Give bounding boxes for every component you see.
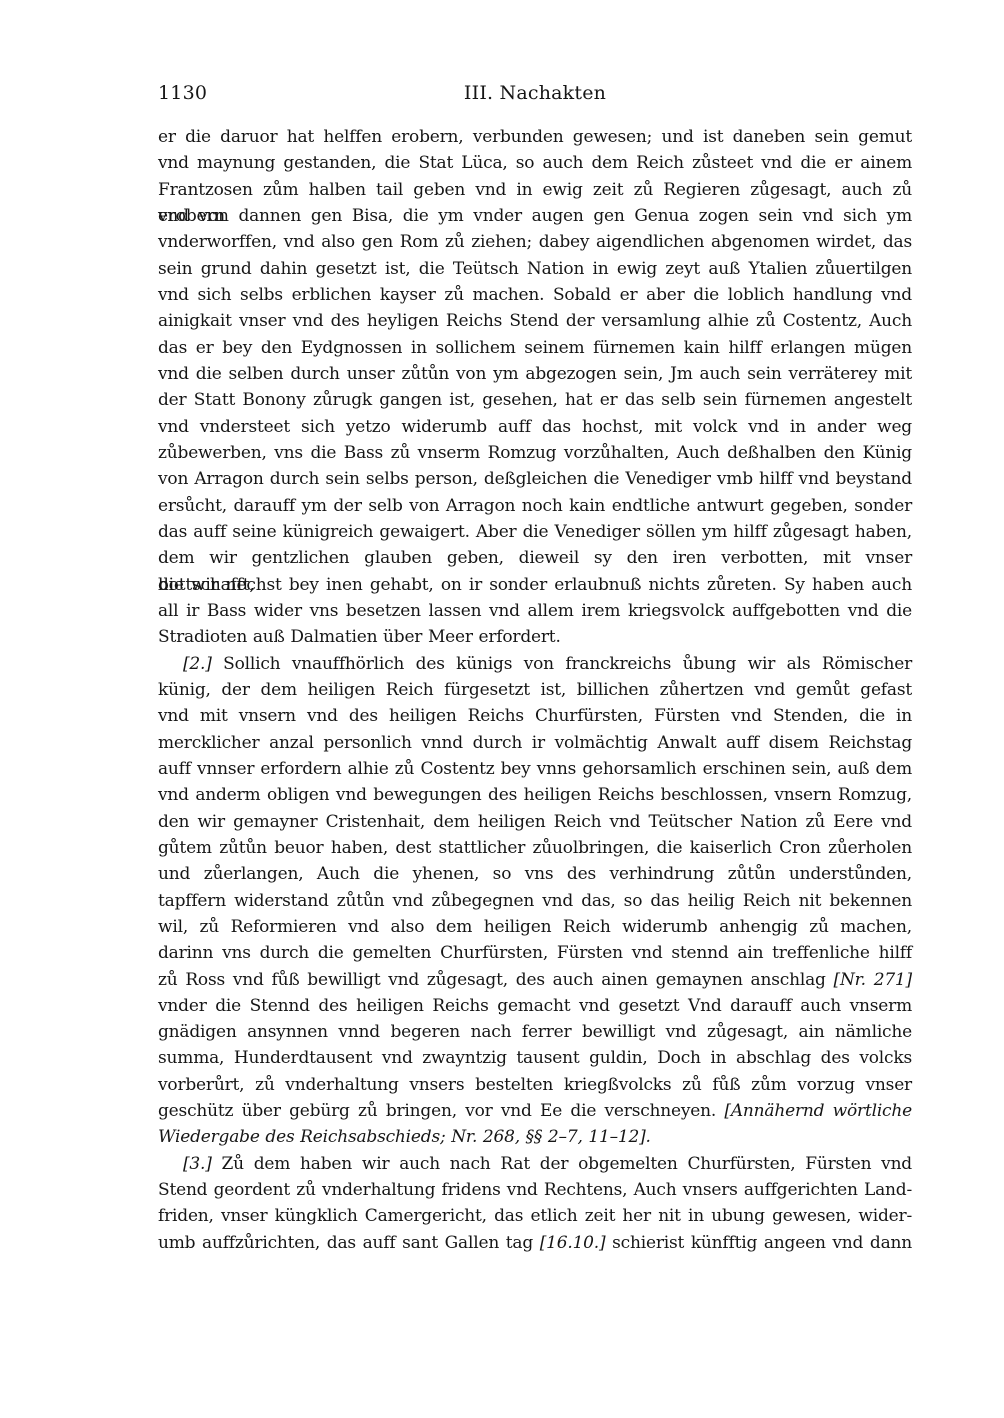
body-text: umb auffzůrichten, das auff sant Gallen … — [158, 1233, 540, 1253]
body-text: auff vnnser erfordern alhie zů Costentz … — [158, 759, 912, 779]
text-line: zůbewerben, vns die Bass zů vnserm Romzu… — [158, 440, 912, 466]
running-head: III. Nachakten — [158, 80, 912, 106]
body-text: zůbewerben, vns die Bass zů vnserm Romzu… — [158, 443, 912, 463]
body-text: tapffern widerstand zůtůn vnd zůbegegnen… — [158, 891, 912, 911]
body-text: ersůcht, darauff ym der selb von Arragon… — [158, 496, 912, 516]
text-line: Wiedergabe des Reichsabschieds; Nr. 268,… — [158, 1124, 912, 1150]
text-line: künig, der dem heiligen Reich fürgesetzt… — [158, 677, 912, 703]
body-text: und zůerlangen, Auch die yhenen, so vns … — [158, 864, 912, 884]
body-text: gnädigen ansynnen vnnd begeren nach ferr… — [158, 1022, 912, 1042]
text-line: gnädigen ansynnen vnnd begeren nach ferr… — [158, 1019, 912, 1045]
text-line: Stradioten auß Dalmatien über Meer erfor… — [158, 624, 912, 650]
body-text: vnd die selben durch unser zůtůn von ym … — [158, 364, 912, 384]
text-line: vnd sich selbs erblichen kayser zů mache… — [158, 282, 912, 308]
italic-text: Wiedergabe des Reichsabschieds; Nr. 268,… — [158, 1127, 651, 1147]
text-line: zů Ross vnd fůß bewilligt vnd zůgesagt, … — [158, 967, 912, 993]
body-text: er die daruor hat helffen erobern, verbu… — [158, 127, 912, 147]
text-line: vnd von dannen gen Bisa, die ym vnder au… — [158, 203, 912, 229]
body-text: summa, Hunderdtausent vnd zwayntzig taus… — [158, 1048, 912, 1068]
body-text: darinn vns durch die gemelten Churfürste… — [158, 943, 912, 963]
text-line: und zůerlangen, Auch die yhenen, so vns … — [158, 861, 912, 887]
body-text: schierist künfftig angeen vnd dann — [605, 1233, 912, 1253]
body-text: vnd anderm obligen vnd bewegungen des he… — [158, 785, 912, 805]
body-text: vnderworffen, vnd also gen Rom zů ziehen… — [158, 232, 912, 252]
body-text: sein grund dahin gesetzt ist, die Teütsc… — [158, 259, 912, 279]
document-page: 1130 III. Nachakten er die daruor hat he… — [0, 0, 1004, 1418]
text-line: den wir gemayner Cristenhait, dem heilig… — [158, 809, 912, 835]
body-text: friden, vnser küngklich Camergericht, da… — [158, 1206, 912, 1226]
text-line: vnd maynung gestanden, die Stat Lüca, so… — [158, 150, 912, 176]
text-line: er die daruor hat helffen erobern, verbu… — [158, 124, 912, 150]
italic-text: [Annähernd wörtliche — [724, 1101, 912, 1121]
body-text: die wir nechst bey inen gehabt, on ir so… — [158, 575, 912, 595]
text-line: vnderworffen, vnd also gen Rom zů ziehen… — [158, 229, 912, 255]
text-line: sein grund dahin gesetzt ist, die Teütsc… — [158, 256, 912, 282]
body-text: vnd vndersteet sich yetzo widerumb auff … — [158, 417, 912, 437]
text-line: wil, zů Reformieren vnd also dem heilige… — [158, 914, 912, 940]
text-line: [3.] Zů dem haben wir auch nach Rat der … — [158, 1151, 912, 1177]
body-text: vnd sich selbs erblichen kayser zů mache… — [158, 285, 912, 305]
body-text: geschütz über gebürg zů bringen, vor vnd… — [158, 1101, 724, 1121]
text-line: umb auffzůrichten, das auff sant Gallen … — [158, 1230, 912, 1256]
body-text: wil, zů Reformieren vnd also dem heilige… — [158, 917, 912, 937]
body-text: von Arragon durch sein selbs person, deß… — [158, 469, 912, 489]
body-text: vnd maynung gestanden, die Stat Lüca, so… — [158, 153, 912, 173]
text-line: vnd vndersteet sich yetzo widerumb auff … — [158, 414, 912, 440]
text-line: vnd mit vnsern vnd des heiligen Reichs C… — [158, 703, 912, 729]
body-text: Stradioten auß Dalmatien über Meer erfor… — [158, 627, 561, 647]
body-text: Zů dem haben wir auch nach Rat der obgem… — [212, 1154, 912, 1174]
body-text: all ir Bass wider vns besetzen lassen vn… — [158, 601, 912, 621]
body-text: ainigkait vnser vnd des heyligen Reichs … — [158, 311, 912, 331]
body-text: zů Ross vnd fůß bewilligt vnd zůgesagt, … — [158, 970, 834, 990]
text-line: dem wir gentzlichen glauben geben, diewe… — [158, 545, 912, 571]
text-line: vorberůrt, zů vnderhaltung vnsers bestel… — [158, 1072, 912, 1098]
text-line: geschütz über gebürg zů bringen, vor vnd… — [158, 1098, 912, 1124]
text-line: von Arragon durch sein selbs person, deß… — [158, 466, 912, 492]
text-line: summa, Hunderdtausent vnd zwayntzig taus… — [158, 1045, 912, 1071]
body-text: künig, der dem heiligen Reich fürgesetzt… — [158, 680, 912, 700]
italic-text: [2.] — [183, 654, 212, 674]
body-text: vnder die Stennd des heiligen Reichs gem… — [158, 996, 912, 1016]
text-line: der Statt Bonony zůrugk gangen ist, gese… — [158, 387, 912, 413]
text-line: das auff seine künigreich gewaigert. Abe… — [158, 519, 912, 545]
text-line: gůtem zůtůn beuor haben, dest stattliche… — [158, 835, 912, 861]
body-text: den wir gemayner Cristenhait, dem heilig… — [158, 812, 912, 832]
italic-text: [3.] — [183, 1154, 212, 1174]
text-line: vnd die selben durch unser zůtůn von ym … — [158, 361, 912, 387]
text-line: das er bey den Eydgnossen in sollichem s… — [158, 335, 912, 361]
italic-text: [16.10.] — [540, 1233, 606, 1253]
text-line: tapffern widerstand zůtůn vnd zůbegegnen… — [158, 888, 912, 914]
text-line: vnder die Stennd des heiligen Reichs gem… — [158, 993, 912, 1019]
body-text: das er bey den Eydgnossen in sollichem s… — [158, 338, 912, 358]
body-text: der Statt Bonony zůrugk gangen ist, gese… — [158, 390, 912, 410]
text-line: Stend geordent zů vnderhaltung fridens v… — [158, 1177, 912, 1203]
page-header: 1130 III. Nachakten — [158, 80, 912, 106]
body-text: vnd von dannen gen Bisa, die ym vnder au… — [158, 206, 912, 226]
italic-text: [Nr. 271] — [834, 970, 912, 990]
body-text: gůtem zůtůn beuor haben, dest stattliche… — [158, 838, 912, 858]
text-line: darinn vns durch die gemelten Churfürste… — [158, 940, 912, 966]
text-line: vnd anderm obligen vnd bewegungen des he… — [158, 782, 912, 808]
text-line: die wir nechst bey inen gehabt, on ir so… — [158, 572, 912, 598]
body-text: das auff seine künigreich gewaigert. Abe… — [158, 522, 912, 542]
body-text: vnd mit vnsern vnd des heiligen Reichs C… — [158, 706, 912, 726]
text-line: auff vnnser erfordern alhie zů Costentz … — [158, 756, 912, 782]
body-text: Sollich vnauffhörlich des künigs von fra… — [212, 654, 912, 674]
text-block: er die daruor hat helffen erobern, verbu… — [158, 124, 912, 1256]
text-line: friden, vnser küngklich Camergericht, da… — [158, 1203, 912, 1229]
text-line: ainigkait vnser vnd des heyligen Reichs … — [158, 308, 912, 334]
body-text: mercklicher anzal personlich vnnd durch … — [158, 733, 912, 753]
body-text: vorberůrt, zů vnderhaltung vnsers bestel… — [158, 1075, 912, 1095]
text-line: ersůcht, darauff ym der selb von Arragon… — [158, 493, 912, 519]
text-line: [2.] Sollich vnauffhörlich des künigs vo… — [158, 651, 912, 677]
text-line: mercklicher anzal personlich vnnd durch … — [158, 730, 912, 756]
text-line: Frantzosen zům halben tail geben vnd in … — [158, 177, 912, 203]
body-text: Stend geordent zů vnderhaltung fridens v… — [158, 1180, 912, 1200]
text-line: all ir Bass wider vns besetzen lassen vn… — [158, 598, 912, 624]
